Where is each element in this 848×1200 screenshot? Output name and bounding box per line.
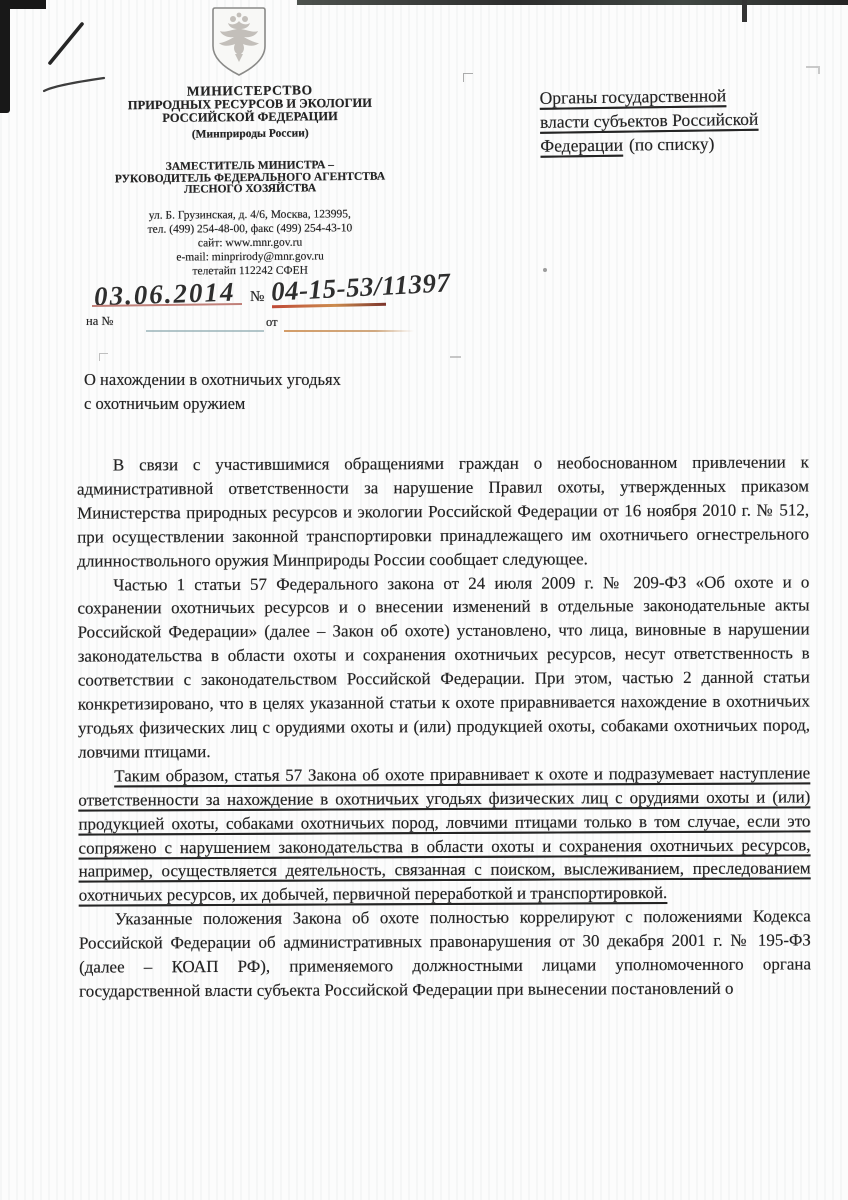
official-title-block: ЗАМЕСТИТЕЛЬ МИНИСТРА – РУКОВОДИТЕЛЬ ФЕДЕ… (70, 159, 430, 197)
reply-number-blank-line (146, 330, 264, 332)
scan-edge-top-tick (742, 0, 747, 22)
scanned-letter-page: МИНИСТЕРСТВО ПРИРОДНЫХ РЕСУРСОВ И ЭКОЛОГ… (0, 0, 848, 1200)
reply-from-label: от (266, 315, 278, 330)
ministry-name-block: МИНИСТЕРСТВО ПРИРОДНЫХ РЕСУРСОВ И ЭКОЛОГ… (70, 82, 431, 143)
scan-artifact-mark (450, 356, 461, 363)
scan-artifact-mark (99, 353, 108, 361)
scan-artifact-mark (806, 66, 820, 74)
recipient-word-underlined: Федерации (540, 135, 623, 156)
ministry-short-name: (Минприроды России) (70, 126, 430, 143)
recipient-line: власти субъектов Российской (540, 106, 800, 134)
paragraph-conclusion-underlined: Таким образом, статья 57 Закона об охоте… (78, 761, 811, 908)
paragraph-intro: В связи с участившимися обращениями граж… (77, 450, 810, 573)
contacts-block: ул. Б. Грузинская, д. 4/6, Москва, 12399… (70, 207, 430, 280)
recipient-block: Органы государственной власти субъектов … (540, 82, 801, 158)
paragraph-law-article-57: Частью 1 статьи 57 Федерального закона о… (77, 570, 810, 764)
recipient-line: Федерации(по списку) (540, 130, 800, 158)
recipient-distribution-note: (по списку) (629, 133, 715, 154)
ministry-line: РОССИЙСКОЙ ФЕДЕРАЦИИ (70, 109, 430, 126)
recipient-line: Органы государственной (540, 82, 800, 110)
subject-line: с охотничьим оружием (84, 392, 341, 416)
number-sign: № (250, 289, 264, 306)
reply-date-blank-line (284, 330, 414, 332)
handwritten-date: 03.06.2014 (94, 277, 236, 313)
reply-to-number-label: на № (86, 314, 113, 329)
letter-body: В связи с участившимися обращениями граж… (77, 450, 811, 1003)
paragraph-koap: Указанные положения Закона об охоте полн… (79, 905, 811, 1004)
scan-artifact-dot (543, 268, 547, 272)
scan-edge-top-line (297, 0, 848, 5)
subject-block: О нахождении в охотничьих угодьях с охот… (84, 368, 341, 416)
scan-artifact-mark (463, 73, 473, 82)
scan-edge-top-left-bar (0, 0, 46, 9)
coat-of-arms-icon (210, 6, 268, 78)
scan-edge-left-bar (0, 0, 10, 113)
subject-line: О нахождении в охотничьих угодьях (84, 368, 341, 392)
